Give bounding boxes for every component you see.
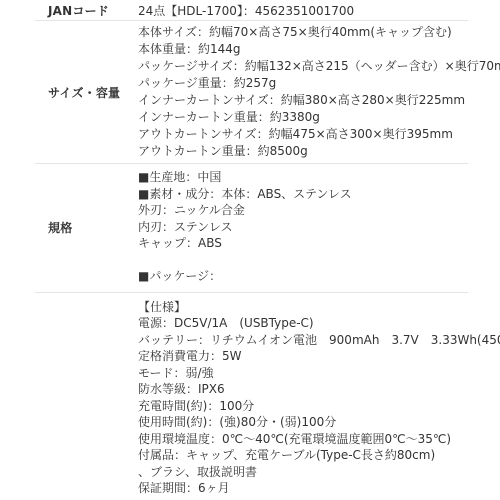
spec-label-standard: 規格 xyxy=(0,164,138,292)
spec-value-line: 電源：DC5V/1A (USBType-C) xyxy=(138,315,500,332)
product-spec-table: JANコード 24点【HDL-1700】：4562351001700 サイズ・容… xyxy=(0,0,500,497)
spec-value-line: モード：弱/強 xyxy=(138,365,500,382)
spec-value-line: ■生産地：中国 xyxy=(138,169,500,186)
spec-value-line: 外刃：ニッケル合金 xyxy=(138,202,500,219)
spec-value-standard: ■生産地：中国 ■素材・成分：本体：ABS、ステンレス 外刃：ニッケル合金 内刃… xyxy=(138,164,500,292)
spec-value-line: 付属品：キャップ、充電ケーブル(Type-C長さ約80cm) xyxy=(138,447,500,464)
spec-value-line: キャップ：ABS xyxy=(138,235,500,252)
spec-value-line: インナーカートンサイズ：約幅380×高さ280×奥行225mm xyxy=(138,92,500,109)
spec-value-line: 本体サイズ：約幅70×高さ75×奥行40mm(キャップ含む) xyxy=(138,24,500,41)
spec-value-line: 使用環境温度：0℃～40℃(充電環境温度範囲0℃～35℃) xyxy=(138,431,500,448)
spec-value-line: アウトカートンサイズ：約幅475×高さ300×奥行395mm xyxy=(138,126,500,143)
spec-value-line: バッテリー：リチウムイオン電池 900mAh 3.7V 3.33Wh(450mA… xyxy=(138,332,500,349)
spec-row-size: サイズ・容量 本体サイズ：約幅70×高さ75×奥行40mm(キャップ含む) 本体… xyxy=(0,21,500,163)
spec-value-line: 使用時間(約)：(強)80分・(弱)100分 xyxy=(138,414,500,431)
spec-value-line: 充電時間(約)：100分 xyxy=(138,398,500,415)
spec-label-jancode: JANコード xyxy=(0,0,138,20)
spec-value-line: 本体重量：約144g xyxy=(138,41,500,58)
spec-value-specifications: 【仕様】 電源：DC5V/1A (USBType-C) バッテリー：リチウムイオ… xyxy=(138,293,500,497)
spec-value-line: ■素材・成分：本体：ABS、ステンレス xyxy=(138,186,500,203)
spec-value-line: パッケージ重量：約257g xyxy=(138,75,500,92)
spec-value-line: 定格消費電力：5W xyxy=(138,348,500,365)
spec-value-jancode: 24点【HDL-1700】：4562351001700 xyxy=(138,2,500,19)
spec-value-line: 防水等級：IPX6 xyxy=(138,381,500,398)
spec-value-line: インナーカートン重量：約3380g xyxy=(138,109,500,126)
spec-row-jancode: JANコード 24点【HDL-1700】：4562351001700 xyxy=(0,0,500,20)
spec-value-line: アウトカートン重量：約8500g xyxy=(138,143,500,160)
spec-value-size: 本体サイズ：約幅70×高さ75×奥行40mm(キャップ含む) 本体重量：約144… xyxy=(138,21,500,163)
spec-value-blank-line xyxy=(138,252,500,269)
spec-value-line: 保証期間：6ヶ月 xyxy=(138,480,500,497)
spec-label-size: サイズ・容量 xyxy=(0,21,138,163)
spec-row-standard: 規格 ■生産地：中国 ■素材・成分：本体：ABS、ステンレス 外刃：ニッケル合金… xyxy=(0,164,500,292)
spec-label-specifications xyxy=(0,293,138,497)
spec-value-line: 24点【HDL-1700】：4562351001700 xyxy=(138,2,500,19)
spec-value-line: ■パッケージ： xyxy=(138,268,500,285)
spec-value-line: 内刃：ステンレス xyxy=(138,219,500,236)
spec-value-line: 【仕様】 xyxy=(138,299,500,316)
spec-value-line: 、ブラシ、取扱説明書 xyxy=(138,464,500,481)
spec-value-line: パッケージサイズ：約幅132×高さ215（ヘッダー含む）×奥行70mm xyxy=(138,58,500,75)
spec-row-specifications: 【仕様】 電源：DC5V/1A (USBType-C) バッテリー：リチウムイオ… xyxy=(0,293,500,497)
